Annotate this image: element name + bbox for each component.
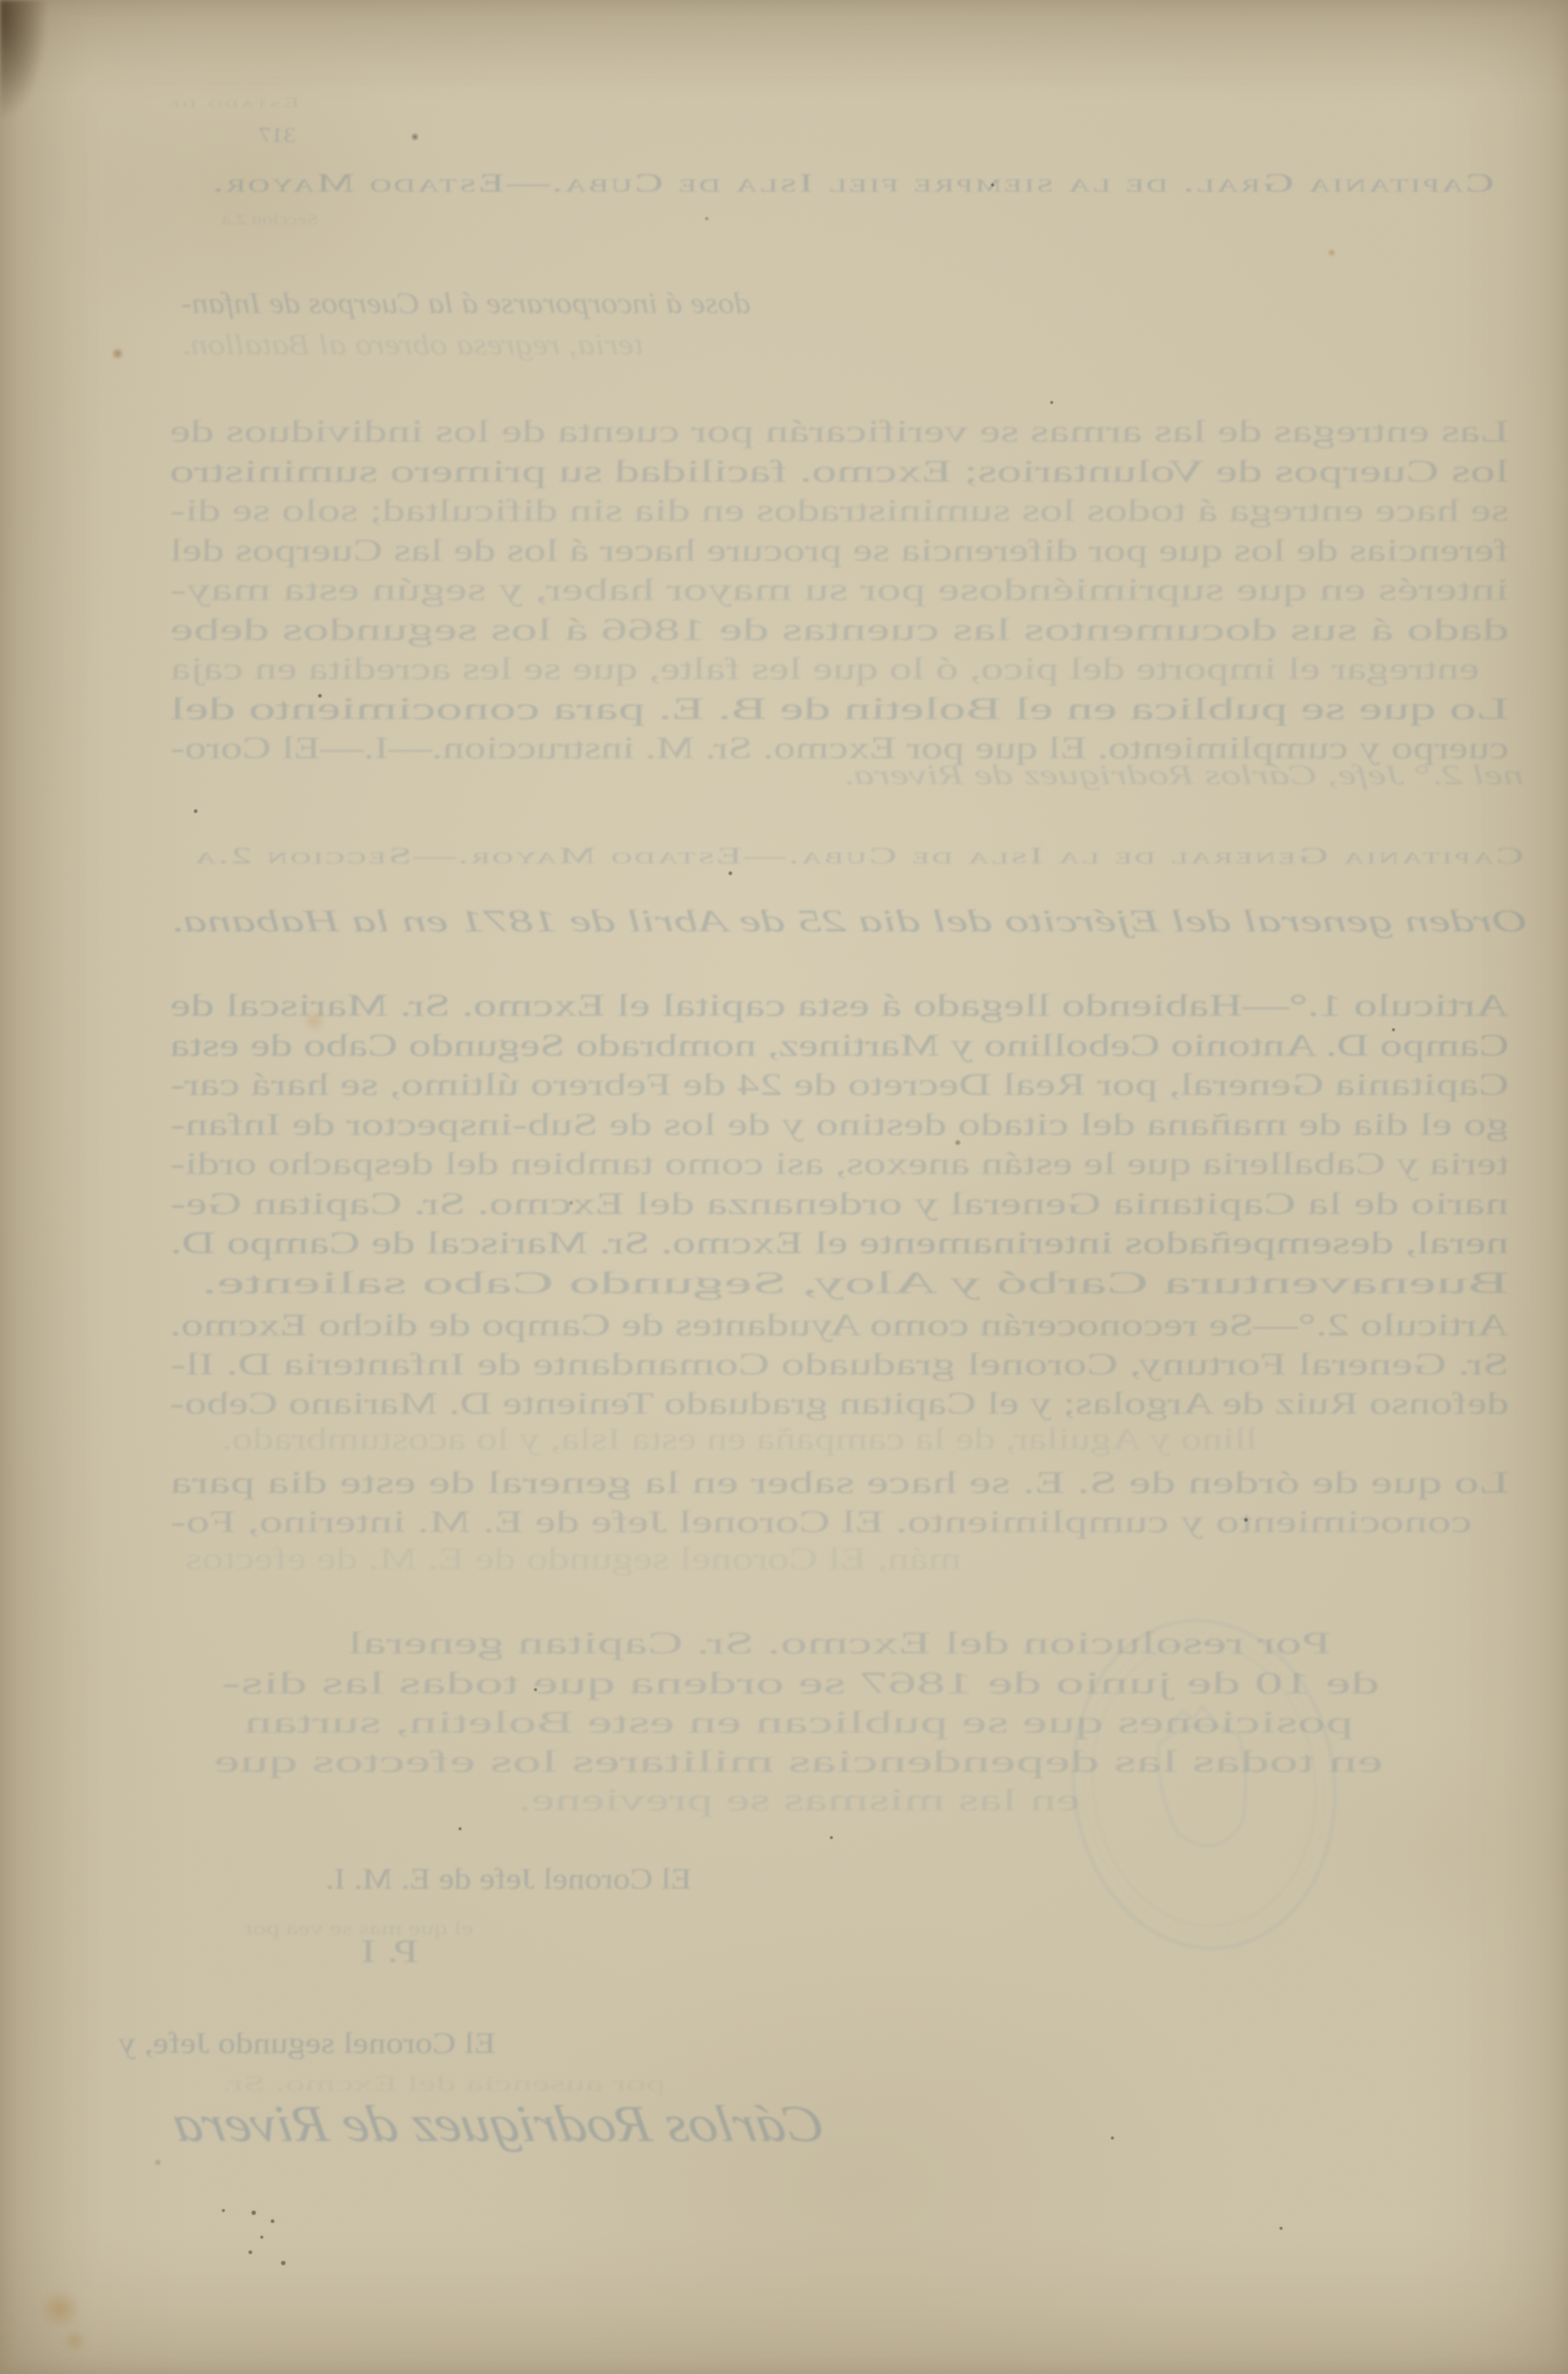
seal-emblem [1152,1702,1254,1851]
ink-speck [729,871,732,875]
ghost-text-line: Lo que de órden de S. E. se hace saber e… [170,1466,1509,1501]
ink-speck [1111,2137,1114,2139]
ghost-text-line: nario de la Capitania General y ordenanz… [170,1187,1509,1222]
stain [704,216,709,221]
ghost-text-line: El Coronel Jefe de E. M. I. [325,1861,692,1896]
ghost-text-line: ferencias de los que por diferencia se p… [170,533,1509,569]
ghost-text-line: entregar el importe del pico, ó lo que l… [170,652,1479,687]
ink-speck [830,1836,833,1839]
stain [302,1011,327,1031]
ink-speck [534,1688,537,1691]
stain [411,132,419,142]
stain [1327,249,1336,257]
ghost-text-line: Capitania General de la Isla de Cuba.—Es… [192,842,1524,869]
ghost-text-line: cuerpo y cumplimiento. El que por Excmo.… [170,731,1509,766]
ghost-text-line: teria y Caballeria que le están anexos, … [170,1147,1509,1182]
stain [62,2330,87,2351]
page-corner-shadow [0,0,52,141]
ghost-text-line: defonso Ruiz de Argolas; y el Capitan gr… [170,1386,1509,1422]
ghost-text-line: dado á sus documentos las cuentas de 186… [170,613,1509,648]
ink-speck [1050,401,1053,404]
ghost-text-line: 317 [259,124,296,148]
ghost-text-line: teria, regresa obrero al Batallon. [181,327,643,362]
ghost-text-line: Cárlos Rodriguez de Rivera [178,2095,828,2154]
ghost-text-line: Articulo 1.°—Habiendo llegado á esta cap… [170,988,1509,1024]
ghost-text-line: en todas las dependencias militares los … [214,1744,1383,1780]
ghost-text-line: interés en que suprimiéndose por su mayo… [170,573,1509,608]
ink-speck [194,809,197,813]
ink-speck [222,2209,225,2212]
seal-ring [1055,1605,1353,1963]
ink-speck [1280,2227,1283,2230]
ghost-text-line: neral, desempeñados interinamente el Exc… [170,1226,1509,1261]
stain [38,2290,81,2327]
ink-speck [318,694,322,698]
stain [954,1139,962,1146]
ghost-text-line: Capitania Gral. de la siempre fiel Isla … [211,167,1494,198]
ghost-text-line: El Coronel segundo Jefe, y [118,2026,496,2060]
ghost-text-line: Sr. General Fortuny, Coronel graduado Co… [170,1347,1509,1383]
paper-mottling [0,0,1568,2374]
paper-texture [0,0,1568,2374]
ghost-text-line: Capitania General, por Real Decreto de 2… [170,1068,1509,1103]
ghost-text-line: Por resolucion del Excmo. Sr. Capitan ge… [348,1626,1331,1662]
seal-ring [1077,1630,1332,1939]
ghost-text-line: en las mismas se previene. [518,1783,1080,1818]
document-page: Estado de317Capitania Gral. de la siempr… [0,0,1568,2374]
ink-speck [459,1827,462,1830]
ghost-text-line: conocimiento y cumplimiento. El Coronel … [170,1505,1472,1540]
ghost-text-line: llino y Aguilar, de la campaña en esta I… [222,1422,1257,1457]
ink-speck [991,183,994,186]
ghost-text-line: dose á incorporarse á la Cuerpos de Infa… [181,286,751,320]
ghost-text-line: Orden general del Ejército del dia 25 de… [170,904,1527,940]
ghost-text-line: por ausencia del Excmo. Sr. [222,2071,666,2097]
stain [154,2159,162,2166]
ghost-text-line: Estado de [166,95,300,112]
ghost-text-line: Campo D. Antonio Cebollino y Martinez, n… [170,1028,1509,1064]
ink-speck [1244,1518,1248,1522]
seal-ring [1067,1619,1342,1949]
ink-speck [249,2250,252,2254]
ghost-text-line: posiciones que se publican en este Bolet… [244,1705,1354,1741]
stain [568,1200,574,1206]
ink-speck [1392,1028,1395,1031]
ghost-text-line: Lo que se publica en el Boletin de B. E.… [170,692,1509,727]
ghost-text-line: nel 2.° Jefe, Cárlos Rodriguez de Rivera… [843,759,1524,792]
ghost-text-line: Seccion 2.a [222,212,318,229]
ink-speck [251,2211,256,2215]
embossed-seal [0,0,1568,2374]
ghost-text-line: los Cuerpos de Voluntarios; Excmo. facil… [170,454,1509,490]
ghost-text-line: el que mas se vea por [244,1918,473,1940]
ghost-text-line: se hace entrega á todos los suministrado… [170,493,1509,529]
bleedthrough-text-layer: Estado de317Capitania Gral. de la siempr… [0,0,1568,2374]
ghost-text-line: mán, El Coronel segundo de E. M. de efec… [185,1542,962,1577]
ink-speck [271,2219,274,2223]
ghost-text-line: P. I [361,1932,419,1970]
ghost-text-line: Articulo 2.°—Se reconocerán como Ayudant… [170,1308,1509,1343]
ghost-text-line: Buenaventura Carbó y Aloy, Segundo Cabo … [170,1266,1509,1301]
ink-speck [260,2236,263,2239]
stain [111,348,124,360]
ink-speck [281,2261,285,2265]
ghost-text-line: Las entregas de las armas se verificarán… [170,414,1509,450]
ghost-text-line: de 10 de junio de 1867 se ordena que tod… [222,1666,1379,1702]
ghost-text-line: go el dia de mañana del citado destino y… [170,1107,1509,1143]
